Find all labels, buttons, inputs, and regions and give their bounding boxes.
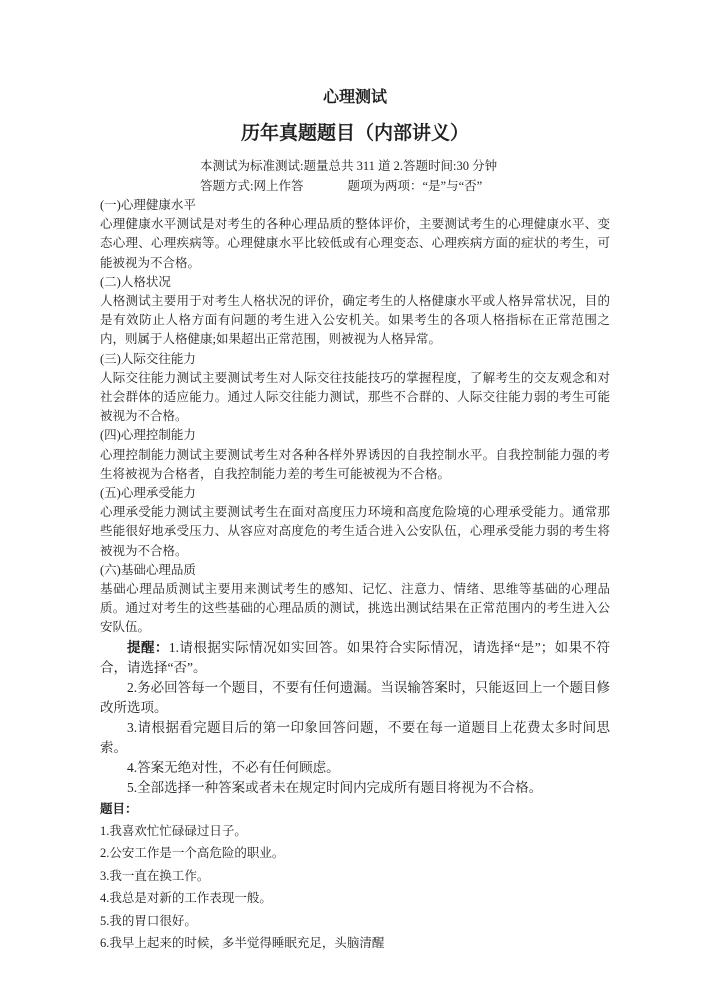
reminder-item-1: 提醒：1.请根据实际情况如实回答。如果符合实际情况，请选择“是”；如果不符合，请… bbox=[100, 638, 610, 678]
question-item-6: 6.我早上起来的时候，多半觉得睡眠充足，头脑清醒 bbox=[100, 932, 610, 954]
section-heading-3: (三)人际交往能力 bbox=[100, 350, 610, 369]
question-item-2: 2.公安工作是一个高危险的职业。 bbox=[100, 842, 610, 864]
section-body-1: 心理健康水平测试是对考生的各种心理品质的整体评价，主要测试考生的心理健康水平、变… bbox=[100, 215, 610, 273]
question-item-1: 1.我喜欢忙忙碌碌过日子。 bbox=[100, 820, 610, 842]
reminder-item-5: 5.全部选择一种答案或者未在规定时间内完成所有题目将视为不合格。 bbox=[100, 778, 610, 798]
questions-block: 题目： 1.我喜欢忙忙碌碌过日子。 2.公安工作是一个高危险的职业。 3.我一直… bbox=[100, 798, 610, 955]
intro-answer-method: 答题方式:网上作答 bbox=[200, 179, 303, 193]
document-page: 心理测试 历年真题题目（内部讲义） 本测试为标准测试:题量总共 311 道 2.… bbox=[0, 0, 707, 999]
reminder-item-4: 4.答案无绝对性，不必有任何顾虑。 bbox=[100, 758, 610, 778]
section-body-2: 人格测试主要用于对考生人格状况的评价，确定考生的人格健康水平或人格异常状况，目的… bbox=[100, 292, 610, 350]
reminders-block: 提醒：1.请根据实际情况如实回答。如果符合实际情况，请选择“是”；如果不符合，请… bbox=[100, 638, 610, 798]
section-heading-4: (四)心理控制能力 bbox=[100, 426, 610, 445]
intro-answer-options: 题项为两项：“是”与“否” bbox=[347, 179, 482, 193]
section-body-3: 人际交往能力测试主要测试考生对人际交往技能技巧的掌握程度，了解考生的交友观念和对… bbox=[100, 369, 610, 427]
intro-line-1: 本测试为标准测试:题量总共 311 道 2.答题时间:30 分钟 bbox=[200, 156, 610, 176]
reminders-label: 提醒： bbox=[127, 640, 169, 655]
section-heading-1: (一)心理健康水平 bbox=[100, 196, 610, 215]
section-heading-2: (二)人格状况 bbox=[100, 273, 610, 292]
section-heading-6: (六)基础心理品质 bbox=[100, 561, 610, 580]
questions-label: 题目： bbox=[100, 798, 610, 820]
test-intro: 本测试为标准测试:题量总共 311 道 2.答题时间:30 分钟 答题方式:网上… bbox=[200, 156, 610, 196]
question-item-3: 3.我一直在换工作。 bbox=[100, 865, 610, 887]
reminder-item-1-text: 1.请根据实际情况如实回答。如果符合实际情况，请选择“是”；如果不符合，请选择“… bbox=[100, 640, 610, 675]
sections: (一)心理健康水平 心理健康水平测试是对考生的各种心理品质的整体评价，主要测试考… bbox=[100, 196, 610, 638]
section-body-5: 心理承受能力测试主要测试考生在面对高度压力环境和高度危险境的心理承受能力。通常那… bbox=[100, 503, 610, 561]
reminder-item-2: 2.务必回答每一个题目，不要有任何遗漏。当误输答案时，只能返回上一个题目修改所选… bbox=[100, 678, 610, 718]
reminder-item-3: 3.请根据看完题目后的第一印象回答问题，不要在每一道题目上花费太多时间思索。 bbox=[100, 718, 610, 758]
document-subtitle: 历年真题题目（内部讲义） bbox=[100, 122, 610, 146]
document-title: 心理测试 bbox=[100, 88, 610, 108]
section-body-6: 基础心理品质测试主要用来测试考生的感知、记忆、注意力、情绪、思维等基础的心理品质… bbox=[100, 580, 610, 638]
question-item-4: 4.我总是对新的工作表现一般。 bbox=[100, 887, 610, 909]
section-body-4: 心理控制能力测试主要测试考生对各种各样外界诱因的自我控制水平。自我控制能力强的考… bbox=[100, 446, 610, 484]
section-heading-5: (五)心理承受能力 bbox=[100, 484, 610, 503]
intro-line-2: 答题方式:网上作答题项为两项：“是”与“否” bbox=[200, 176, 610, 196]
question-item-5: 5.我的胃口很好。 bbox=[100, 910, 610, 932]
